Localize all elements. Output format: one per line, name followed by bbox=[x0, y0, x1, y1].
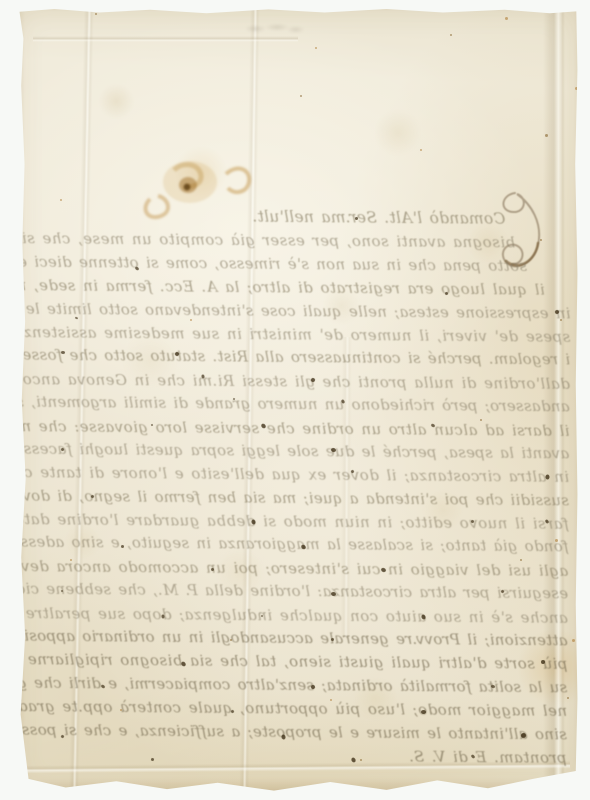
bleed-line: il qual luogo era registrato di altro; l… bbox=[23, 274, 571, 302]
foxing-speck bbox=[505, 17, 508, 20]
foxing-speck bbox=[540, 239, 542, 241]
bleed-line: prontam. E di V. S. bbox=[19, 742, 567, 770]
foxing-speck bbox=[450, 34, 452, 36]
foxing-speck bbox=[572, 639, 575, 642]
manuscript-page: Comandò l'Alt. Ser.ma nell'ult.bisogna a… bbox=[15, 7, 578, 793]
bleed-line: il darsi ad alcun altro un ordine che se… bbox=[21, 415, 569, 443]
bleed-line: dall'ordine di nulla pronti che gli stes… bbox=[22, 368, 570, 396]
foxing-speck bbox=[330, 699, 332, 701]
foxing-speck bbox=[95, 13, 97, 15]
bleed-line: in altra circostanza; il dover ex qua de… bbox=[21, 461, 569, 489]
bleed-line: farsi il nuovo editto; in niun modo si d… bbox=[21, 508, 569, 536]
bleed-text-rotation: Comandò l'Alt. Ser.ma nell'ult.bisogna a… bbox=[19, 204, 572, 775]
bleed-line: agli usi del viaggio in cui s'intesero; … bbox=[20, 555, 568, 583]
bleed-line: bisogna avanti sono, per esser già compi… bbox=[23, 227, 571, 255]
ink-blot bbox=[545, 474, 549, 479]
foxing-speck bbox=[520, 559, 522, 561]
bleed-line: anche s'è in suo aiuto con qualche indul… bbox=[20, 602, 568, 630]
foxing-speck bbox=[70, 559, 72, 561]
foxing-speck bbox=[555, 539, 558, 542]
foxing-speck bbox=[480, 419, 482, 421]
foxing-speck bbox=[230, 639, 232, 641]
foxing-speck bbox=[560, 319, 562, 321]
foxing-speck bbox=[567, 697, 569, 699]
foxing-speck bbox=[300, 95, 302, 97]
ink-blot bbox=[355, 217, 358, 220]
bleed-line: più sorte d'altri quali giusti sieno, ta… bbox=[19, 648, 567, 676]
faint-header-smudge bbox=[243, 20, 305, 36]
foxing-speck bbox=[360, 759, 362, 761]
scanner-bed: Comandò l'Alt. Ser.ma nell'ult.bisogna a… bbox=[0, 0, 590, 800]
bleed-text: Comandò l'Alt. Ser.ma nell'ult.bisogna a… bbox=[19, 204, 572, 775]
bleed-line: spese de' viveri, il numero de' ministri… bbox=[22, 321, 570, 349]
bleed-line: nel maggior modo; l'uso più opportuno, q… bbox=[19, 695, 567, 723]
foxing-speck bbox=[315, 47, 317, 49]
foxing-speck bbox=[120, 709, 122, 711]
foxing-speck bbox=[545, 134, 548, 137]
foxing-speck bbox=[60, 199, 62, 201]
foxing-speck bbox=[420, 149, 422, 151]
foxing-speck bbox=[190, 319, 192, 321]
bottom-edge-browning bbox=[15, 779, 578, 793]
foxing-speck bbox=[575, 87, 578, 90]
